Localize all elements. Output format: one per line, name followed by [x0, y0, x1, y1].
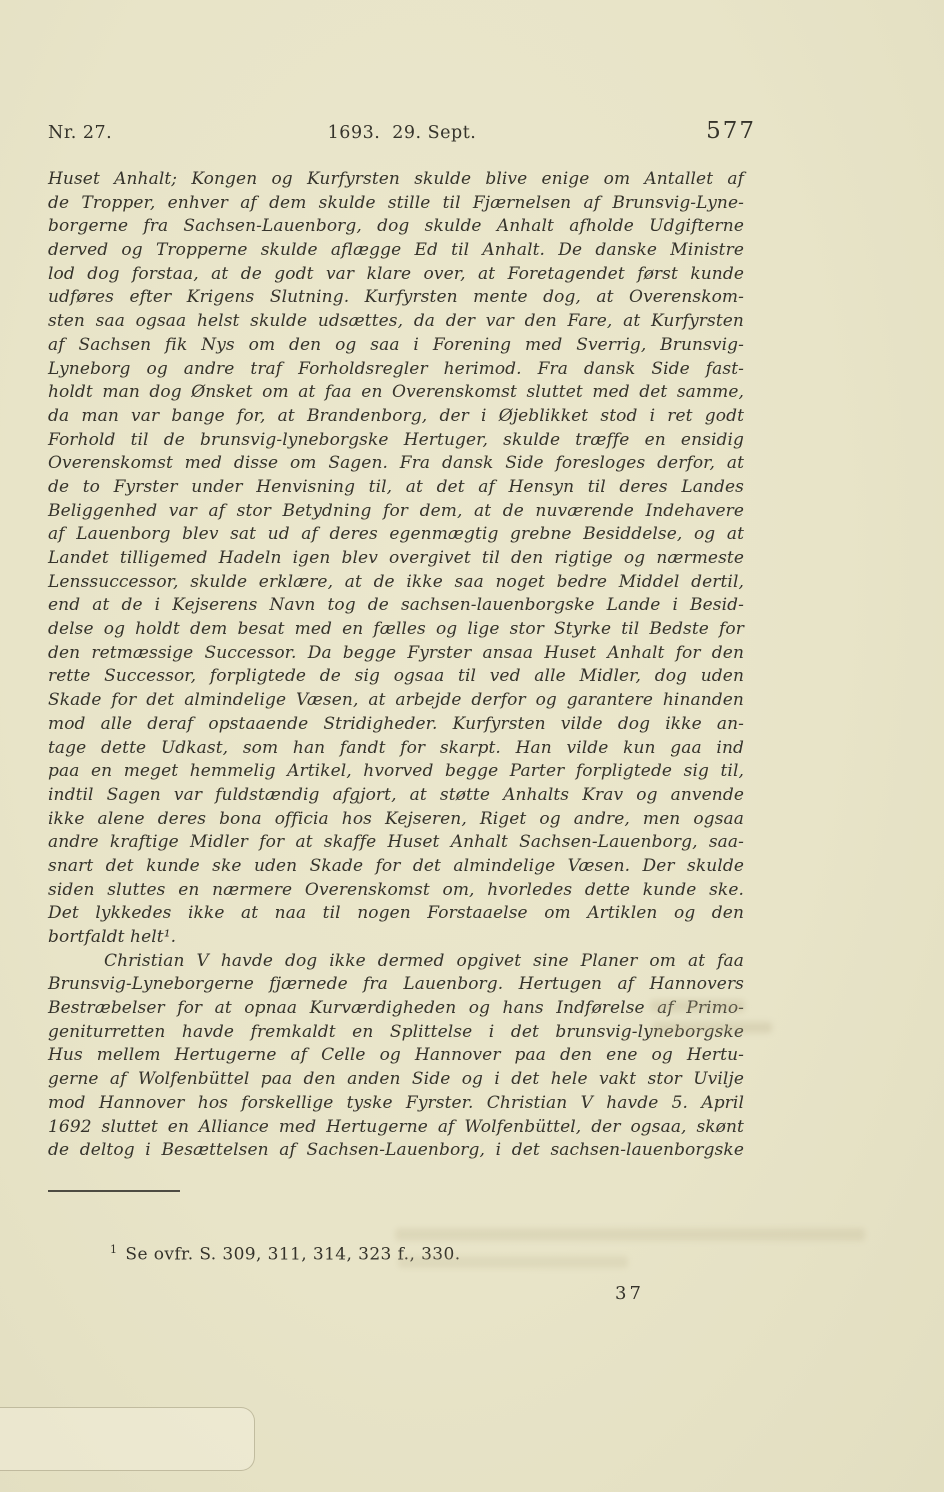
text-line: udføres efter Krigens Slutning. Kurfyrst…	[48, 286, 744, 310]
body-text: Huset Anhalt; Kongen og Kurfyrsten skuld…	[48, 168, 744, 1163]
text-line: Forhold til de brunsvig-lyneborgske Hert…	[48, 429, 744, 453]
text-line: geniturretten havde fremkaldt en Splitte…	[48, 1021, 744, 1045]
text-line: indtil Sagen var fuldstændig afgjort, at…	[48, 784, 744, 808]
text-line: Brunsvig-Lyneborgerne fjærnede fra Lauen…	[48, 973, 744, 997]
text-line: andre kraftige Midler for at skaffe Huse…	[48, 831, 744, 855]
page-header: Nr. 27. 1693.29. Sept. 577	[48, 118, 756, 144]
text-line: Det lykkedes ikke at naa til nogen Forst…	[48, 902, 744, 926]
text-line: lod dog forstaa, at de godt var klare ov…	[48, 263, 744, 287]
text-line: mod Hannover hos forskellige tyske Fyrst…	[48, 1092, 744, 1116]
scanned-book-page: Nr. 27. 1693.29. Sept. 577 Huset Anhalt;…	[0, 0, 944, 1492]
text-line: delse og holdt dem besat med en fælles o…	[48, 618, 744, 642]
text-line: holdt man dog Ønsket om at faa en Overen…	[48, 381, 744, 405]
text-line: gerne af Wolfenbüttel paa den anden Side…	[48, 1068, 744, 1092]
text-line: Beliggenhed var af stor Betydning for de…	[48, 500, 744, 524]
text-line: de to Fyrster under Henvisning til, at d…	[48, 476, 744, 500]
text-line: sten saa ogsaa helst skulde udsættes, da…	[48, 310, 744, 334]
text-line: Christian V havde dog ikke dermed opgive…	[48, 950, 744, 974]
footnote-separator	[48, 1190, 180, 1192]
text-line: mod alle deraf opstaaende Stridigheder. …	[48, 713, 744, 737]
running-head-day: 29. Sept.	[392, 123, 476, 143]
text-line: de Tropper, enhver af dem skulde stille …	[48, 192, 744, 216]
text-line: Hus mellem Hertugerne af Celle og Hannov…	[48, 1044, 744, 1068]
text-line: borgerne fra Sachsen-Lauenborg, dog skul…	[48, 215, 744, 239]
text-line: derved og Tropperne skulde aflægge Ed ti…	[48, 239, 744, 263]
text-line: rette Successor, forpligtede de sig ogsa…	[48, 665, 744, 689]
text-line: end at de i Kejserens Navn tog de sachse…	[48, 594, 744, 618]
text-line: af Lauenborg blev sat ud af deres egenmæ…	[48, 523, 744, 547]
text-line: den retmæssige Successor. Da begge Fyrst…	[48, 642, 744, 666]
show-through-artifact	[398, 1256, 628, 1268]
footnote: 1Se ovfr. S. 309, 311, 314, 323 f., 330.	[48, 1243, 744, 1265]
text-line: snart det kunde ske uden Skade for det a…	[48, 855, 744, 879]
signature-number: 37	[615, 1283, 644, 1304]
text-line: Skade for det almindelige Væsen, at arbe…	[48, 689, 744, 713]
document-number: Nr. 27.	[48, 123, 228, 143]
text-line: da man var bange for, at Brandenborg, de…	[48, 405, 744, 429]
show-through-artifact	[395, 1228, 865, 1241]
text-line: ikke alene deres bona officia hos Kejser…	[48, 808, 744, 832]
text-line: Lenssuccessor, skulde erklære, at de ikk…	[48, 571, 744, 595]
text-line: af Sachsen fik Nys om den og saa i Foren…	[48, 334, 744, 358]
text-line: bortfaldt helt¹.	[48, 926, 744, 950]
show-through-artifact	[650, 1000, 745, 1012]
text-line: siden sluttes en nærmere Overenskomst om…	[48, 879, 744, 903]
text-line: Overenskomst med disse om Sagen. Fra dan…	[48, 452, 744, 476]
running-head-date: 1693.29. Sept.	[228, 123, 576, 143]
text-line: Landet tilligemed Hadeln igen blev overg…	[48, 547, 744, 571]
running-head-year: 1693.	[328, 123, 381, 143]
text-line: paa en meget hemmelig Artikel, hvorved b…	[48, 760, 744, 784]
text-line: Bestræbelser for at opnaa Kurværdigheden…	[48, 997, 744, 1021]
page-number-top: 577	[576, 118, 756, 144]
text-line: tage dette Udkast, som han fandt for ska…	[48, 737, 744, 761]
text-line: Huset Anhalt; Kongen og Kurfyrsten skuld…	[48, 168, 744, 192]
text-line: 1692 sluttet en Alliance med Hertugerne …	[48, 1116, 744, 1140]
text-line: Lyneborg og andre traf Forholdsregler he…	[48, 358, 744, 382]
text-line: de deltog i Besættelsen af Sachsen-Lauen…	[48, 1139, 744, 1163]
footnote-marker: 1	[110, 1243, 117, 1256]
show-through-artifact	[652, 1022, 772, 1033]
label-impression	[0, 1407, 255, 1471]
